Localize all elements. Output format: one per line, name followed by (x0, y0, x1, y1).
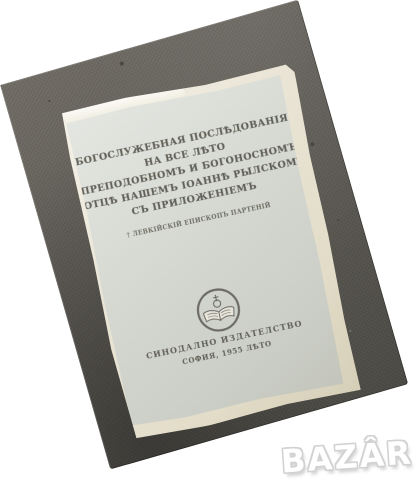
book-front-cover: БОГОСЛУЖЕБНАЯ ПОСЛѢДОВАНІЯ НА ВСЕ ЛѢТО П… (66, 75, 346, 429)
book-title-block: БОГОСЛУЖЕБНАЯ ПОСЛѢДОВАНІЯ НА ВСЕ ЛѢТО П… (73, 110, 303, 229)
listing-photo: БОГОСЛУЖЕБНАЯ ПОСЛѢДОВАНІЯ НА ВСЕ ЛѢТО П… (0, 0, 416, 480)
publisher-emblem-icon (189, 282, 246, 339)
fabric-speckles (0, 84, 2, 86)
book-page-edges: БОГОСЛУЖЕБНАЯ ПОСЛѢДОВАНІЯ НА ВСЕ ЛѢТО П… (60, 62, 363, 442)
photo-backdrop: БОГОСЛУЖЕБНАЯ ПОСЛѢДОВАНІЯ НА ВСЕ ЛѢТО П… (0, 0, 408, 470)
bazar-watermark: BAZÂR (280, 433, 414, 480)
